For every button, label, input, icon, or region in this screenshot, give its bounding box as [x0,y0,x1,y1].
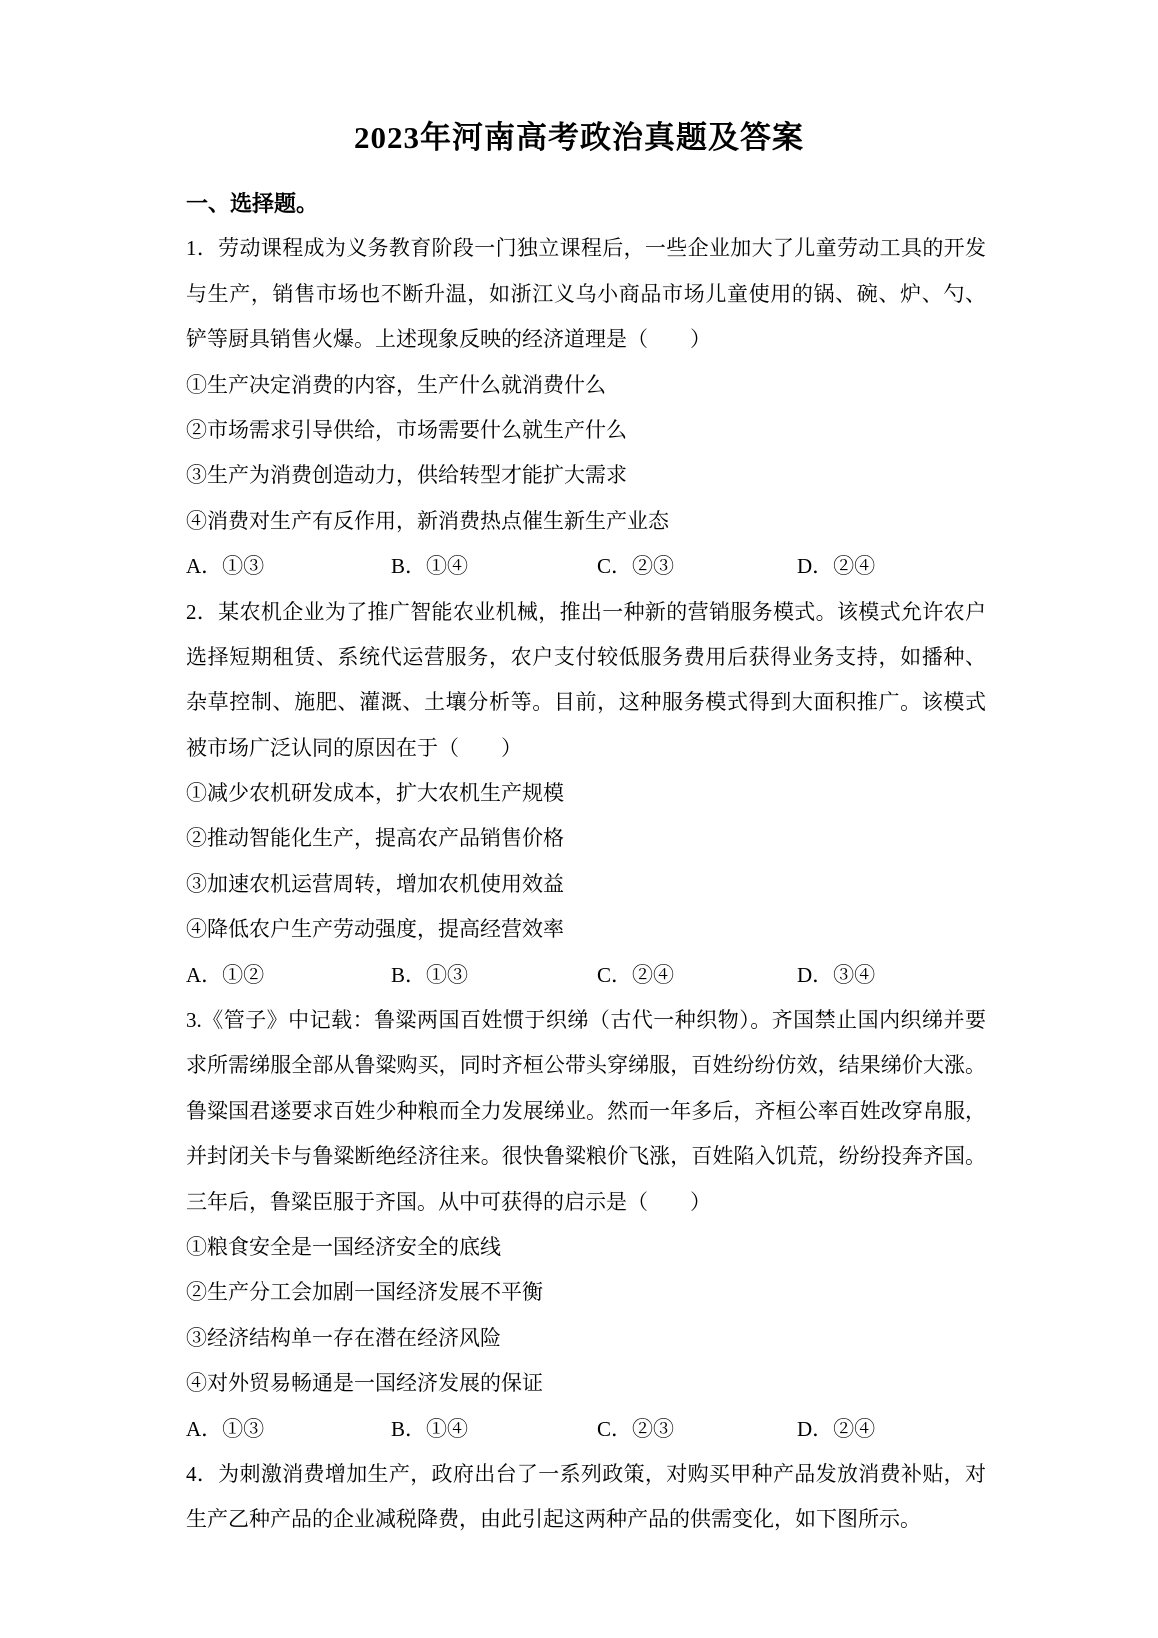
question-3-item-2: ②生产分工会加剧一国经济发展不平衡 [186,1270,986,1315]
page-title: 2023年河南高考政治真题及答案 [0,116,1158,160]
question-3-item-4: ④对外贸易畅通是一国经济发展的保证 [186,1361,986,1406]
question-4-stem-line: 4．为刺激消费增加生产，政府出台了一系列政策，对购买甲种产品发放消费补贴，对 [186,1452,986,1497]
question-2-choice-d: D．③④ [797,953,986,998]
question-4: 4．为刺激消费增加生产，政府出台了一系列政策，对购买甲种产品发放消费补贴，对 生… [186,1452,986,1543]
question-3-stem-line: 三年后，鲁粱臣服于齐国。从中可获得的启示是（ ） [186,1180,986,1225]
question-3-stem-line: 鲁粱国君遂要求百姓少种粮而全力发展绨业。然而一年多后，齐桓公率百姓改穿帛服， [186,1089,986,1134]
question-2-item-2: ②推动智能化生产，提高农产品销售价格 [186,816,986,861]
question-3: 3.《管子》中记载：鲁粱两国百姓惯于织绨（古代一种织物）。齐国禁止国内织绨并要 … [186,998,986,1452]
question-2-stem-line: 选择短期租赁、系统代运营服务，农户支付较低服务费用后获得业务支持，如播种、 [186,635,986,680]
question-1-stem-line: 铲等厨具销售火爆。上述现象反映的经济道理是（ ） [186,317,986,362]
question-1-choices: A．①③ B．①④ C．②③ D．②④ [186,544,986,589]
question-3-stem-line: 并封闭关卡与鲁粱断绝经济往来。很快鲁粱粮价飞涨，百姓陷入饥荒，纷纷投奔齐国。 [186,1134,986,1179]
question-3-choice-a: A．①③ [186,1407,391,1452]
question-2-stem-line: 2．某农机企业为了推广智能农业机械，推出一种新的营销服务模式。该模式允许农户 [186,590,986,635]
question-2-stem-line: 被市场广泛认同的原因在于（ ） [186,726,986,771]
question-3-item-1: ①粮食安全是一国经济安全的底线 [186,1225,986,1270]
question-2-choices: A．①② B．①③ C．②④ D．③④ [186,953,986,998]
question-1-choice-c: C．②③ [597,544,797,589]
question-2-stem-line: 杂草控制、施肥、灌溉、土壤分析等。目前，这种服务模式得到大面积推广。该模式 [186,680,986,725]
exam-body: 一、选择题。 1．劳动课程成为义务教育阶段一门独立课程后，一些企业加大了儿童劳动… [186,181,986,1543]
question-4-stem-line: 生产乙种产品的企业减税降费，由此引起这两种产品的供需变化，如下图所示。 [186,1497,986,1542]
question-1-item-1: ①生产决定消费的内容，生产什么就消费什么 [186,363,986,408]
question-3-stem-line: 3.《管子》中记载：鲁粱两国百姓惯于织绨（古代一种织物）。齐国禁止国内织绨并要 [186,998,986,1043]
question-2-item-3: ③加速农机运营周转，增加农机使用效益 [186,862,986,907]
question-3-choices: A．①③ B．①④ C．②③ D．②④ [186,1407,986,1452]
question-3-stem-line: 求所需绨服全部从鲁粱购买，同时齐桓公带头穿绨服，百姓纷纷仿效，结果绨价大涨。 [186,1043,986,1088]
question-2-choice-c: C．②④ [597,953,797,998]
question-2-choice-a: A．①② [186,953,391,998]
section-heading: 一、选择题。 [186,181,986,226]
question-3-choice-b: B．①④ [391,1407,597,1452]
question-1-item-2: ②市场需求引导供给，市场需要什么就生产什么 [186,408,986,453]
question-2-choice-b: B．①③ [391,953,597,998]
question-2-item-4: ④降低农户生产劳动强度，提高经营效率 [186,907,986,952]
question-3-item-3: ③经济结构单一存在潜在经济风险 [186,1316,986,1361]
exam-paper-page: 2023年河南高考政治真题及答案 一、选择题。 1．劳动课程成为义务教育阶段一门… [0,0,1158,1638]
question-2: 2．某农机企业为了推广智能农业机械，推出一种新的营销服务模式。该模式允许农户 选… [186,590,986,999]
question-3-choice-d: D．②④ [797,1407,986,1452]
question-1-choice-b: B．①④ [391,544,597,589]
question-1-stem-line: 与生产，销售市场也不断升温，如浙江义乌小商品市场儿童使用的锅、碗、炉、勺、 [186,272,986,317]
question-1-stem-line: 1．劳动课程成为义务教育阶段一门独立课程后，一些企业加大了儿童劳动工具的开发 [186,226,986,271]
question-3-choice-c: C．②③ [597,1407,797,1452]
question-1-choice-d: D．②④ [797,544,986,589]
question-1-item-4: ④消费对生产有反作用，新消费热点催生新生产业态 [186,499,986,544]
question-2-item-1: ①减少农机研发成本，扩大农机生产规模 [186,771,986,816]
question-1-choice-a: A．①③ [186,544,391,589]
question-1: 1．劳动课程成为义务教育阶段一门独立课程后，一些企业加大了儿童劳动工具的开发 与… [186,226,986,589]
question-1-item-3: ③生产为消费创造动力，供给转型才能扩大需求 [186,453,986,498]
